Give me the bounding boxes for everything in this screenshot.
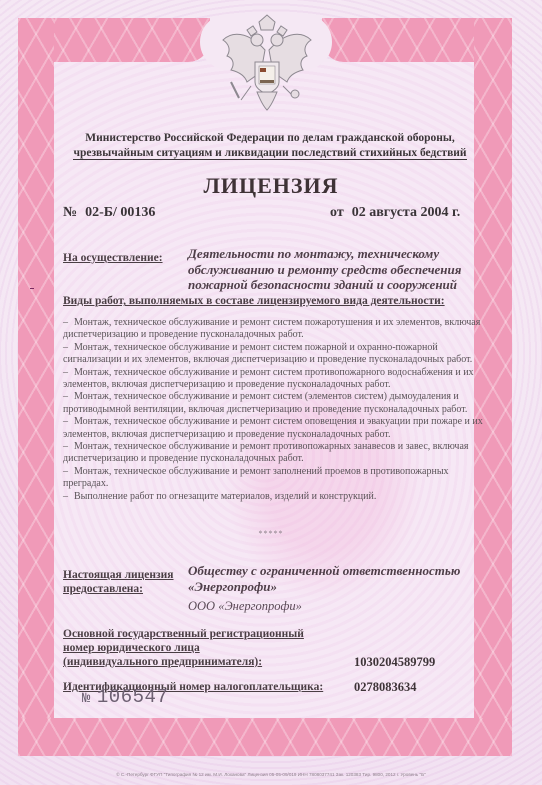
bullet-dash: – — [63, 416, 68, 427]
works-item-text: Выполнение работ по огнезащите материало… — [74, 491, 376, 502]
serial-value: 106547 — [97, 686, 168, 708]
number-prefix: № — [63, 205, 77, 220]
works-item-text: Монтаж, техническое обслуживание и ремон… — [63, 391, 467, 414]
licensee-full-name: Обществу с ограниченной ответственностью… — [188, 563, 488, 595]
license-number: №02-Б/ 00136 — [63, 205, 155, 221]
works-item: –Монтаж, техническое обслуживание и ремо… — [63, 317, 483, 342]
bullet-dash: – — [63, 466, 68, 477]
works-item-text: Монтаж, техническое обслуживание и ремон… — [63, 317, 480, 340]
document-title: ЛИЦЕНЗИЯ — [0, 173, 542, 199]
works-item: –Выполнение работ по огнезащите материал… — [63, 491, 483, 503]
activity-description: Деятельности по монтажу, техническому об… — [188, 246, 488, 293]
activity-label: На осуществление: — [63, 252, 163, 264]
works-item-text: Монтаж, техническое обслуживание и ремон… — [63, 367, 474, 390]
works-item-text: Монтаж, техническое обслуживание и ремон… — [63, 416, 483, 439]
works-item: –Монтаж, техническое обслуживание и ремо… — [63, 441, 483, 466]
licensee-line: «Энергопрофи» — [188, 579, 277, 594]
granted-label: Настоящая лицензия предоставлена: — [63, 568, 174, 596]
inn-value: 0278083634 — [354, 680, 417, 695]
granted-label-line: предоставлена: — [63, 583, 143, 595]
ministry-line-2: чрезвычайным ситуациям и ликвидации посл… — [73, 147, 466, 160]
ministry-line-1: Министерство Российской Федерации по дел… — [85, 132, 454, 144]
russian-coat-of-arms-icon — [217, 10, 317, 115]
issuing-authority: Министерство Российской Федерации по дел… — [60, 131, 480, 161]
frame-left — [18, 18, 54, 753]
serial-prefix: № — [82, 691, 91, 707]
bullet-dash: – — [63, 342, 68, 353]
works-item: –Монтаж, техническое обслуживание и ремо… — [63, 416, 483, 441]
works-item: –Монтаж, техническое обслуживание и ремо… — [63, 342, 483, 367]
works-item-text: Монтаж, техническое обслуживание и ремон… — [63, 441, 469, 464]
licensee-short-name: ООО «Энергопрофи» — [188, 599, 302, 614]
ogrn-label: Основной государственный регистрационный… — [63, 627, 304, 669]
ogrn-label-line: номер юридического лица — [63, 642, 200, 654]
license-date: от02 августа 2004 г. — [330, 205, 460, 221]
works-heading: Виды работ, выполняемых в составе лиценз… — [63, 295, 445, 307]
license-date-value: 02 августа 2004 г. — [352, 205, 461, 220]
ogrn-label-line: Основной государственный регистрационный — [63, 628, 304, 640]
activity-line: обслуживанию и ремонту средств обеспечен… — [188, 262, 461, 277]
form-serial-number: №106547 — [82, 686, 168, 708]
works-item: –Монтаж, техническое обслуживание и ремо… — [63, 391, 483, 416]
separator-stars: ***** — [0, 529, 542, 538]
works-item: –Монтаж, техническое обслуживание и ремо… — [63, 466, 483, 491]
printer-imprint: © С.-Петербург ФГУП "Типография № 12 им.… — [0, 772, 542, 777]
date-prefix: от — [330, 205, 344, 220]
works-list: –Монтаж, техническое обслуживание и ремо… — [63, 317, 483, 503]
ogrn-value: 1030204589799 — [354, 655, 435, 670]
ogrn-label-line: (индивидуального предпринимателя): — [63, 656, 262, 668]
licensee-line: Обществу с ограниченной ответственностью — [188, 563, 460, 578]
granted-label-line: Настоящая лицензия — [63, 569, 174, 581]
bullet-dash: – — [63, 317, 68, 328]
activity-line: Деятельности по монтажу, техническому — [188, 246, 439, 261]
works-item-text: Монтаж, техническое обслуживание и ремон… — [63, 466, 449, 489]
license-number-value: 02-Б/ 00136 — [85, 205, 155, 220]
ink-mark — [30, 288, 34, 289]
activity-line: пожарной безопасности зданий и сооружени… — [188, 277, 457, 292]
bullet-dash: – — [63, 491, 68, 502]
bullet-dash: – — [63, 391, 68, 402]
bullet-dash: – — [63, 367, 68, 378]
works-item-text: Монтаж, техническое обслуживание и ремон… — [63, 342, 472, 365]
bullet-dash: – — [63, 441, 68, 452]
works-item: –Монтаж, техническое обслуживание и ремо… — [63, 367, 483, 392]
frame-bottom — [18, 718, 512, 756]
